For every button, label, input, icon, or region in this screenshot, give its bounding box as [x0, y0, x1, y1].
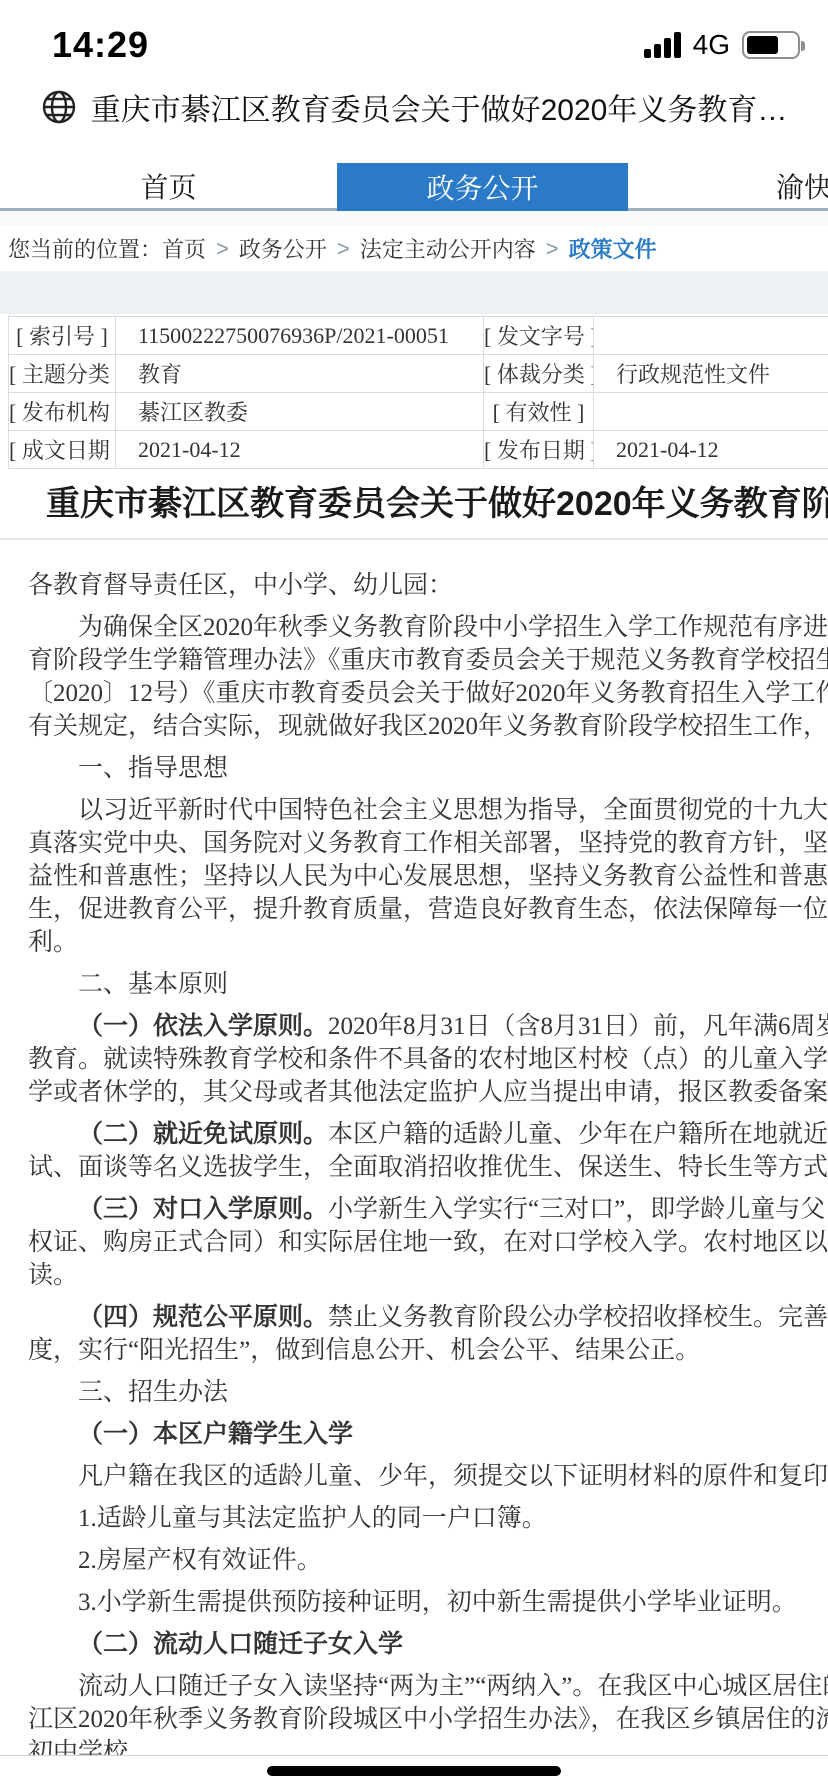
meta-label: [ 索引号 ]	[9, 317, 116, 355]
article: 各教育督导责任区，中小学、幼儿园：为确保全区2020年秋季义务教育阶段中小学招生…	[0, 540, 828, 1756]
tab-home[interactable]: 首页	[0, 163, 337, 209]
document-title: 重庆市綦江区教育委员会关于做好2020年义务教育阶段学校招生工作	[46, 483, 828, 525]
paragraph: 2.房屋产权有效证件。	[28, 1544, 828, 1577]
globe-icon	[41, 89, 77, 125]
paragraph-lead: （一）依法入学原则。	[78, 1013, 328, 1040]
meta-table-row: [ 索引号 ]11500222750076936P/2021-00051[ 发文…	[9, 317, 828, 355]
breadcrumb-prefix: 您当前的位置：	[8, 233, 162, 264]
network-type-label: 4G	[693, 29, 730, 61]
page-title: 重庆市綦江区教育委员会关于做好2020年义务教育…	[91, 85, 788, 129]
article-line: 一、指导思想	[28, 752, 828, 785]
battery-icon	[742, 31, 800, 59]
meta-label: [ 体裁分类 ]	[484, 355, 594, 393]
paragraph: 一、指导思想	[28, 752, 828, 785]
phone-screen: 14:29 4G 重庆市綦江区教育委员会关于做好2020年义务教育… 首页 政务…	[0, 0, 828, 1792]
meta-label: [ 成文日期 ]	[9, 431, 116, 469]
article-line: 试、面谈等名义选拔学生，全面取消招收推优生、保送生、特长生等方式招生。	[28, 1151, 828, 1184]
meta-value: 行政规范性文件	[594, 355, 828, 393]
article-line: 利。	[28, 926, 828, 959]
article-line: 教育。就读特殊教育学校和条件不具备的农村地区村校（点）的儿童入学年龄可适度放宽。…	[28, 1043, 828, 1076]
article-line: （三）对口入学原则。小学新生入学实行“三对口”，即学龄儿童与父（母）的户口、房屋…	[28, 1193, 828, 1226]
article-line: （四）规范公平原则。禁止义务教育阶段公办学校招收择校生。完善招生公示制度、咨询制…	[28, 1301, 828, 1334]
meta-value: 2021-04-12	[594, 431, 828, 469]
article-line: 权证、购房正式合同）和实际居住地一致，在对口学校入学。农村地区以学龄儿童户籍为主…	[28, 1226, 828, 1259]
divider-band-top	[0, 211, 828, 226]
paragraph: 以习近平新时代中国特色社会主义思想为指导，全面贯彻党的十九大、十九届二中、三中、…	[28, 794, 828, 959]
article-line: 读。	[28, 1259, 828, 1292]
nav-tab-bar: 首页 政务公开 渝快办	[0, 140, 828, 211]
meta-label: [ 发布机构 ]	[9, 393, 116, 431]
meta-value: 2021-04-12	[116, 431, 484, 469]
article-line: 江区2020年秋季义务教育阶段城区中小学招生办法》，在我区乡镇居住的流动人口随迁…	[28, 1703, 828, 1736]
clock: 14:29	[52, 24, 149, 66]
article-line: 有关规定，结合实际，现就做好我区2020年义务教育阶段学校招生工作，提出如下意见…	[28, 710, 828, 743]
breadcrumb-separator: >	[337, 236, 350, 262]
paragraph-lead: （四）规范公平原则。	[78, 1304, 328, 1331]
meta-table: [ 索引号 ]11500222750076936P/2021-00051[ 发文…	[8, 316, 828, 469]
article-line: 流动人口随迁子女入读坚持“两为主”“两纳入”。在我区中心城区居住的流动人口随迁子…	[28, 1670, 828, 1703]
breadcrumb-separator: >	[546, 236, 559, 262]
paragraph: （一）本区户籍学生入学	[28, 1418, 828, 1451]
article-line: 初中学校	[28, 1736, 828, 1756]
paragraph: 流动人口随迁子女入读坚持“两为主”“两纳入”。在我区中心城区居住的流动人口随迁子…	[28, 1670, 828, 1756]
article-line: 2.房屋产权有效证件。	[28, 1544, 828, 1577]
paragraph: （一）依法入学原则。2020年8月31日（含8月31日）前，凡年满6周岁及以上儿…	[28, 1010, 828, 1109]
home-indicator[interactable]	[267, 1766, 561, 1776]
article-line: （一）依法入学原则。2020年8月31日（含8月31日）前，凡年满6周岁及以上儿…	[28, 1010, 828, 1043]
meta-label: [ 发文字号 ]	[484, 317, 594, 355]
article-line: 三、招生办法	[28, 1376, 828, 1409]
article-line: 〔2020〕12号）《重庆市教育委员会关于做好2020年义务教育招生入学工作的通…	[28, 677, 828, 710]
paragraph: （三）对口入学原则。小学新生入学实行“三对口”，即学龄儿童与父（母）的户口、房屋…	[28, 1193, 828, 1292]
divider-band-bottom	[0, 271, 828, 314]
meta-table-row: [ 主题分类 ]教育[ 体裁分类 ]行政规范性文件	[9, 355, 828, 393]
meta-label: [ 发布日期 ]	[484, 431, 594, 469]
paragraph: （二）流动人口随迁子女入学	[28, 1628, 828, 1661]
meta-label: [ 主题分类 ]	[9, 355, 116, 393]
paragraph: 三、招生办法	[28, 1376, 828, 1409]
breadcrumb: 您当前的位置： 首页 > 政务公开 > 法定主动公开内容 > 政策文件	[0, 226, 828, 271]
paragraph: （四）规范公平原则。禁止义务教育阶段公办学校招收择校生。完善招生公示制度、咨询制…	[28, 1301, 828, 1367]
article-line: 益性和普惠性；坚持以人民为中心发展思想，坚持义务教育公益性和普惠性发展，实施公办…	[28, 860, 828, 893]
article-line: 凡户籍在我区的适龄儿童、少年，须提交以下证明材料的原件和复印件。	[28, 1460, 828, 1493]
breadcrumb-current-policy-files[interactable]: 政策文件	[569, 233, 657, 264]
breadcrumb-item-home[interactable]: 首页	[162, 233, 206, 264]
paragraph: 1.适龄儿童与其法定监护人的同一户口簿。	[28, 1502, 828, 1535]
paragraph: 为确保全区2020年秋季义务教育阶段中小学招生入学工作规范有序进行，根据《义务教…	[28, 611, 828, 743]
breadcrumb-item-gov[interactable]: 政务公开	[239, 233, 327, 264]
article-line: 生，促进教育公平，提升教育质量，营造良好教育生态，依法保障每一位适龄儿童、少年平…	[28, 893, 828, 926]
meta-value: 11500222750076936P/2021-00051	[116, 317, 484, 355]
paragraph-lead: （二）就近免试原则。	[78, 1121, 328, 1148]
article-line: 育阶段学生学籍管理办法》《重庆市教育委员会关于规范义务教育学校招生入学工作的实施…	[28, 644, 828, 677]
article-line: 为确保全区2020年秋季义务教育阶段中小学招生入学工作规范有序进行，根据《义务教…	[28, 611, 828, 644]
tab-yukuaiban[interactable]: 渝快办	[628, 163, 828, 209]
document-body: [ 索引号 ]11500222750076936P/2021-00051[ 发文…	[0, 314, 828, 1756]
paragraph: 3.小学新生需提供预防接种证明，初中新生需提供小学毕业证明。	[28, 1586, 828, 1619]
tab-government-affairs[interactable]: 政务公开	[337, 163, 628, 211]
article-line: 真落实党中央、国务院对义务教育工作相关部署，坚持党的教育方针，坚持立德树人根本任…	[28, 827, 828, 860]
paragraph-lead: （三）对口入学原则。	[78, 1196, 328, 1223]
status-bar: 14:29 4G	[0, 0, 828, 74]
breadcrumb-separator: >	[216, 236, 229, 262]
cellular-signal-icon	[644, 32, 681, 58]
article-line: （二）就近免试原则。本区户籍的适龄儿童、少年在户籍所在地就近入学。义务教育学校均…	[28, 1118, 828, 1151]
article-line: 各教育督导责任区，中小学、幼儿园：	[28, 569, 828, 602]
paragraph: 凡户籍在我区的适龄儿童、少年，须提交以下证明材料的原件和复印件。	[28, 1460, 828, 1493]
breadcrumb-item-disclosure[interactable]: 法定主动公开内容	[360, 233, 536, 264]
meta-value	[594, 317, 828, 355]
meta-value	[594, 393, 828, 431]
article-line: 学或者休学的，其父母或者其他法定监护人应当提出申请，报区教委备案，区教委与学校对…	[28, 1076, 828, 1109]
article-line: （二）流动人口随迁子女入学	[28, 1628, 828, 1661]
article-line: 度，实行“阳光招生”，做到信息公开、机会公平、结果公正。	[28, 1334, 828, 1367]
article-line: 以习近平新时代中国特色社会主义思想为指导，全面贯彻党的十九大、十九届二中、三中、…	[28, 794, 828, 827]
status-icons: 4G	[644, 28, 800, 62]
article-line: 1.适龄儿童与其法定监护人的同一户口簿。	[28, 1502, 828, 1535]
paragraph: 各教育督导责任区，中小学、幼儿园：	[28, 569, 828, 602]
article-line: （一）本区户籍学生入学	[28, 1418, 828, 1451]
article-line: 3.小学新生需提供预防接种证明，初中新生需提供小学毕业证明。	[28, 1586, 828, 1619]
meta-value: 教育	[116, 355, 484, 393]
meta-table-row: [ 成文日期 ]2021-04-12[ 发布日期 ]2021-04-12	[9, 431, 828, 469]
paragraph: （二）就近免试原则。本区户籍的适龄儿童、少年在户籍所在地就近入学。义务教育学校均…	[28, 1118, 828, 1184]
meta-table-row: [ 发布机构 ]綦江区教委[ 有效性 ]	[9, 393, 828, 431]
meta-value: 綦江区教委	[116, 393, 484, 431]
browser-title-bar[interactable]: 重庆市綦江区教育委员会关于做好2020年义务教育…	[0, 74, 828, 140]
article-line: 二、基本原则	[28, 968, 828, 1001]
meta-label: [ 有效性 ]	[484, 393, 594, 431]
paragraph: 二、基本原则	[28, 968, 828, 1001]
